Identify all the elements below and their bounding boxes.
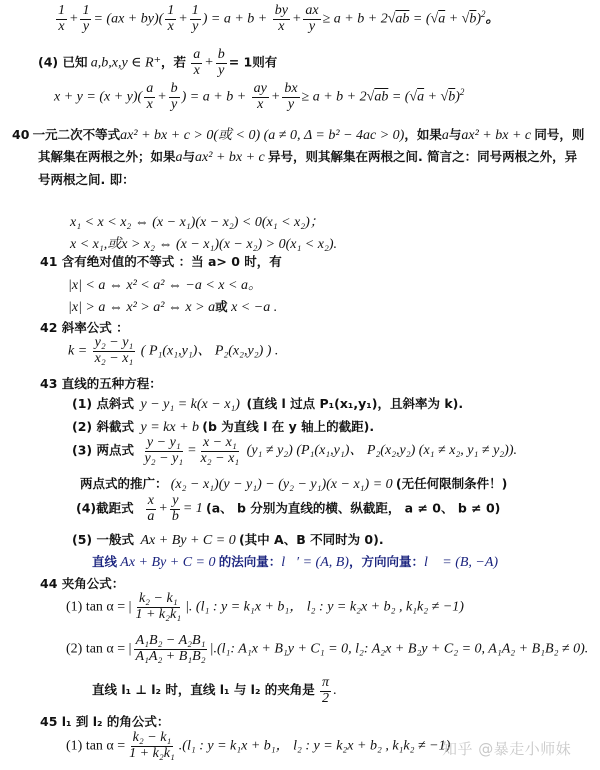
section-40-line3: 号两根之间. 即： (38, 170, 135, 188)
section-40-eq1: x₁ < x < x₂ ⇔ (x − x₁)(x − x₂) < 0(x₁ < … (70, 211, 324, 231)
section-44-title: 44 夹角公式： (40, 574, 124, 592)
slope-formula: k = y₂ − y₁x₂ − x₁ ( P₁(x₁,y₁)、 P₂(x₂,y₂… (68, 336, 278, 366)
slope-intercept-form: (2) 斜截式 y = kx + b (b 为直线 l 在 y 轴上的截距). (72, 417, 374, 436)
item-4-equation: x + y = (x + y)(ax+by) = a + b + ayx+bxy… (54, 82, 464, 112)
point-slope-form: (1) 点斜式 y − y₁ = k(x − x₁) (直线 l 过点 P₁(x… (72, 394, 463, 413)
section-42-title: 42 斜率公式 ： (40, 318, 129, 336)
intercept-form: (4)截距式 xa+yb= 1 (a、 b 分别为直线的横、纵截距， a ≠ 0… (76, 494, 500, 524)
line-vectors: 直线 Ax + By + C = 0 的法向量：l⃗′ = (A, B)，方向向… (92, 552, 498, 571)
section-40-eq2: x < x₁,或x > x₂ ⇔ (x − x₁)(x − x₂) > 0(x₁… (70, 233, 337, 253)
item-4-condition: (4) 已知 a,b,x,y ∈ R⁺，若 ax+by= 1则有 (38, 48, 277, 78)
perpendicular-angle: 直线 l₁ ⊥ l₂ 时，直线 l₁ 与 l₂ 的夹角是 π2. (92, 676, 337, 706)
section-40-line1: 40 一元二次不等式ax² + bx + c > 0(或 < 0) (a ≠ 0… (12, 124, 584, 144)
two-point-generalization: 两点式的推广： (x₂ − x₁)(y − y₁) − (y₂ − y₁)(x … (80, 474, 507, 493)
angle-l1-to-l2-formula: (1) tan α =k₂ − k₁1 + k₂k₁.(l₁ : y = k₁x… (66, 731, 450, 761)
section-41-title: 41 含有绝对值的不等式 ：当 a> 0 时，有 (40, 252, 282, 270)
watermark: 知乎 @暴走小师妹 (442, 738, 571, 759)
section-40-line2: 其解集在两根之外；如果a与ax² + bx + c 异号，则其解集在两根之间. … (38, 147, 577, 166)
section-41-eq2: |x| > a ⇔ x² > a² ⇔ x > a或 x < −a . (68, 297, 277, 316)
general-form: (5) 一般式 Ax + By + C = 0 (其中 A、B 不同时为 0). (72, 530, 384, 549)
section-45-title: 45 l₁ 到 l₂ 的角公式： (40, 712, 169, 730)
angle-formula-2: (2) tan α = |A₁B₂ − A₂B₁A₁A₂ + B₁B₂|.(l₁… (66, 634, 588, 664)
two-point-form: (3) 两点式 y − y₁y₂ − y₁=x − x₁x₂ − x₁ (y₁ … (72, 436, 517, 466)
section-41-eq1: |x| < a ⇔ x² < a² ⇔ −a < x < a。 (68, 274, 262, 294)
section-43-title: 43 直线的五种方程： (40, 374, 162, 392)
formula-top-line1: 1x+1y= (ax + by)(1x+1y) = a + b + byx+ax… (54, 4, 500, 34)
angle-formula-1: (1) tan α = |k₂ − k₁1 + k₂k₁|. (l₁ : y =… (66, 592, 464, 622)
